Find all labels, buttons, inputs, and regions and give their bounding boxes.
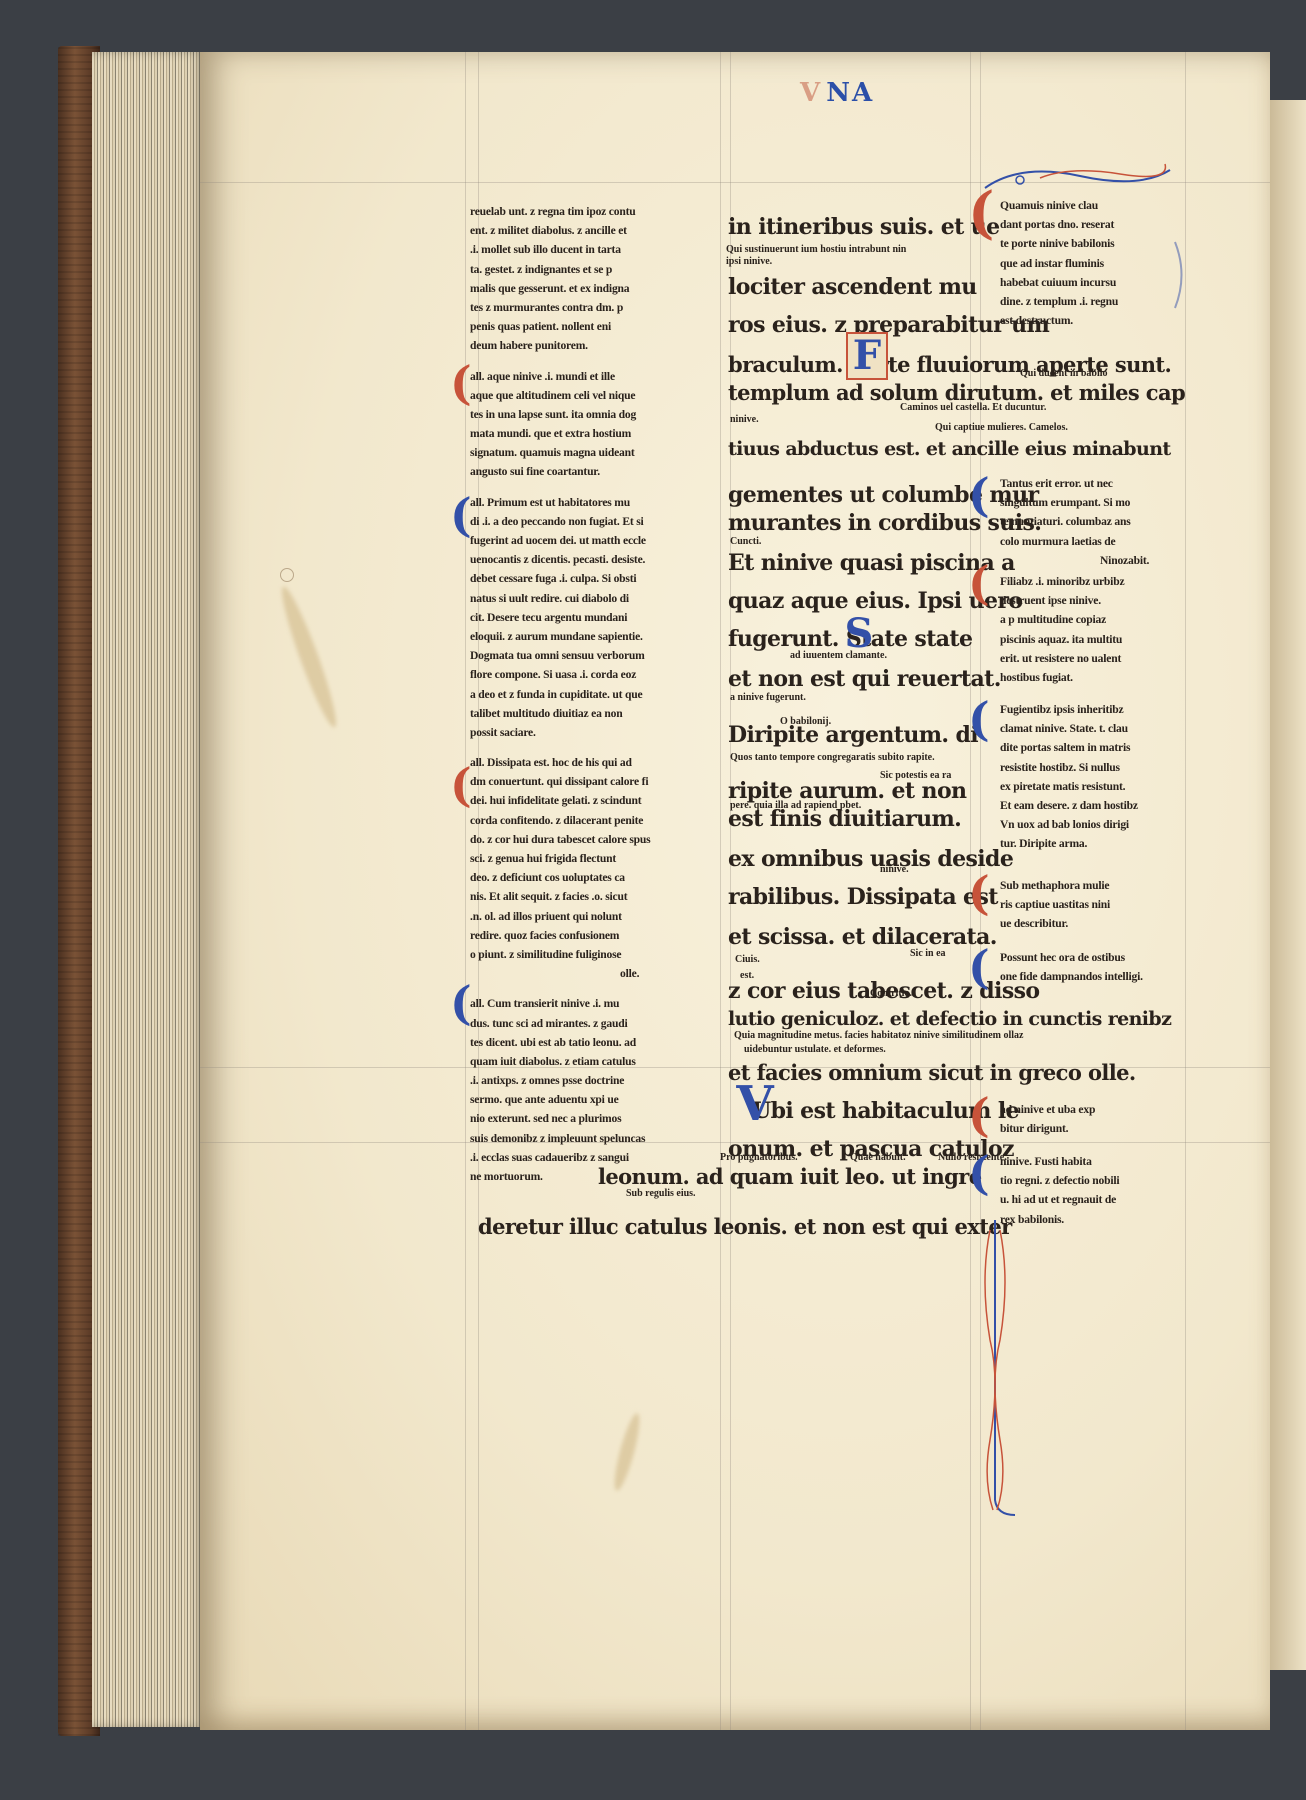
gloss-line: nis. Et alit sequit. z facies .o. sicut (470, 887, 651, 906)
gloss-line: dite portas saltem in matris (1000, 738, 1138, 757)
gloss-line: bitur dirigunt. (1000, 1119, 1095, 1138)
interlinear-gloss: Qui captiue mulieres. Camelos. (935, 422, 1068, 434)
interlinear-gloss: Caminos uel castella. Et ducuntur. (900, 402, 1046, 414)
gloss-line: destruent ipse ninive. (1000, 591, 1124, 610)
decorated-initial-V: V (736, 1082, 774, 1126)
gloss-line: suis demonibz z impleuunt speluncas (470, 1129, 651, 1148)
parchment-stain (610, 1412, 644, 1493)
gloss-line: angusto sui fine coartantur. (470, 462, 651, 481)
gloss-line: Sub methaphora mulie (1000, 876, 1110, 895)
text-line: et facies omnium sicut in greco olle. (728, 1054, 1136, 1092)
gloss-line: Filiabz .i. minoribz urbibz (1000, 572, 1124, 591)
paragraph-mark: ( (968, 472, 990, 518)
gloss-line: olle. (470, 964, 651, 983)
gloss-line: .i. mollet sub illo ducent in tarta (470, 240, 651, 259)
gloss-line: deum habere punitorem. (470, 336, 651, 355)
gloss-line: tes in una lapse sunt. ita omnia dog (470, 405, 651, 424)
interlinear-gloss: est. (740, 970, 754, 982)
gloss-line: all. aque ninive .i. mundi et ille (470, 367, 651, 386)
text-line: tiuus abductus est. et ancille eius mina… (728, 430, 1171, 468)
ruling-line (720, 52, 721, 1730)
gloss-line: Tantus erit error. ut nec (1000, 474, 1149, 493)
pen-flourish-vertical (975, 1220, 1015, 1520)
interlinear-gloss: ninive. (880, 864, 909, 876)
gloss-line: te porte ninive babilonis (1000, 234, 1118, 253)
gloss-line: resistite hostibz. Si nullus (1000, 758, 1138, 777)
gloss-line: all. Cum transierit ninive .i. mu (470, 994, 651, 1013)
gloss-block: Quamuis ninive clau dant portas dno. res… (1000, 196, 1118, 330)
paragraph-mark: ( (968, 696, 990, 742)
gloss-line: one fide dampnandos intelligi. (1000, 967, 1143, 986)
gloss-line: talibet multitudo diuitiaz ea non (470, 704, 651, 723)
gloss-line: tio regni. z defectio nobili (1000, 1171, 1119, 1190)
gloss-line: hostibus fugiat. (1000, 668, 1124, 687)
gloss-line: o piunt. z similitudine fuliginose (470, 945, 651, 964)
paragraph-mark: ( (968, 944, 990, 990)
gloss-line: Possunt hec ora de ostibus (1000, 948, 1143, 967)
gloss-line: a p multitudine copiaz (1000, 610, 1124, 629)
gloss-line: Ninozabit. (1000, 551, 1149, 570)
gloss-line: ent. z militet diabolus. z ancille et (470, 221, 651, 240)
interlinear-gloss: ipsi ninive. (726, 256, 772, 268)
paragraph-mark: ( (968, 560, 990, 606)
paragraph-mark: ( (450, 360, 472, 406)
gloss-block: Possunt hec ora de ostibus one fide damp… (1000, 948, 1143, 986)
gloss-line: habebat cuiuum incursu (1000, 273, 1118, 292)
gloss-line: ninive. Fusti habita (1000, 1152, 1119, 1171)
gloss-block-2: all. aque ninive .i. mundi et ille aque … (470, 367, 651, 482)
interlinear-gloss: ninive. (730, 414, 759, 426)
interlinear-gloss: Cuncti. (730, 536, 761, 548)
interlinear-gloss: Quae habuit. (850, 1152, 906, 1164)
gloss-line: .i. antixps. z omnes psse doctrine (470, 1071, 651, 1090)
interlinear-gloss: a ninive fugerunt. (730, 692, 806, 704)
gloss-line: ue describitur. (1000, 914, 1110, 933)
gloss-line: quam iuit diabolus. z etiam catulus (470, 1052, 651, 1071)
decorated-initial-F: F (846, 332, 888, 380)
running-head: VNA (800, 78, 874, 108)
interlinear-gloss: Sic potestis ea ra (880, 770, 951, 782)
gloss-line: eloquii. z aurum mundane sapientie. (470, 627, 651, 646)
text-line: deretur illuc catulus leonis. et non est… (478, 1208, 1012, 1246)
gloss-line: uenocantis z dicentis. pecasti. desiste. (470, 550, 651, 569)
gloss-line: dine. z templum .i. regnu (1000, 292, 1118, 311)
parchment-hole (280, 568, 294, 582)
pen-flourish-left-margin (1160, 240, 1190, 310)
gloss-line: do. z cor hui dura tabescet calore spus (470, 830, 651, 849)
gloss-block-1: reuelab unt. z regna tim ipoz contu ent.… (470, 202, 651, 356)
paragraph-mark: ( (968, 1092, 990, 1138)
decorated-initial-S: S (840, 612, 878, 656)
gloss-line: tes z murmurantes contra dm. p (470, 298, 651, 317)
interlinear-gloss: O babilonij. (780, 716, 831, 728)
gloss-line: dm conuertunt. qui dissipant calore fi (470, 772, 651, 791)
gloss-line: Fugientibz ipsis inheritibz (1000, 700, 1138, 719)
gloss-line: sermo. que ante aduentu xpi ue (470, 1090, 651, 1109)
gloss-block-3: all. Primum est ut habitatores mu di .i.… (470, 493, 651, 742)
interlinear-gloss: Sub regulis eius. (626, 1188, 696, 1200)
gloss-line: reuelab unt. z regna tim ipoz contu (470, 202, 651, 221)
gloss-line: corda confitendo. z dilacerant penite (470, 811, 651, 830)
gloss-line: ex piretate matis resistunt. (1000, 777, 1138, 796)
gloss-line: Quamuis ninive clau (1000, 196, 1118, 215)
gloss-line: natus si uult redire. cui diabolo di (470, 589, 651, 608)
gloss-line: signatum. quamuis magna uideant (470, 443, 651, 462)
interlinear-gloss: uidebuntur ustulate. et deformes. (744, 1044, 886, 1056)
gloss-line: clamat ninive. State. t. clau (1000, 719, 1138, 738)
gloss-line: possit saciare. (470, 723, 651, 742)
gloss-block: Fugientibz ipsis inheritibz clamat niniv… (1000, 700, 1138, 854)
gloss-block: Sub methaphora mulie ris captiue uastita… (1000, 876, 1110, 934)
gloss-line: dant portas dno. reserat (1000, 215, 1118, 234)
gloss-line: sci. z genua hui frigida flectunt (470, 849, 651, 868)
paragraph-mark: ( (450, 762, 472, 808)
ruling-line (465, 52, 466, 1730)
gloss-line: all. Dissipata est. hoc de his qui ad (470, 753, 651, 772)
gloss-line: deo. z deficiunt cos uoluptates ca (470, 868, 651, 887)
left-gloss-column: reuelab unt. z regna tim ipoz contu ent.… (470, 202, 651, 1186)
gloss-line: fugerint ad uocem dei. ut matth eccle (470, 531, 651, 550)
gloss-line: .n. ol. ad illos priuent qui nolunt (470, 907, 651, 926)
facing-page-edge (1268, 100, 1306, 1670)
gloss-line: cit. Desere tecu argentu mundani (470, 608, 651, 627)
interlinear-gloss: Contritio. (870, 988, 912, 1000)
gloss-block: ninive. Fusti habita tio regni. z defect… (1000, 1152, 1119, 1229)
gloss-line: flore compone. Si uasa .i. corda eoz (470, 665, 651, 684)
gloss-line: ris captiue uastitas nini (1000, 895, 1110, 914)
text-line: murantes in cordibus suis. (728, 504, 1041, 542)
gloss-line: Vn uox ad bab lonios dirigi (1000, 815, 1138, 834)
gloss-line: tur. Diripite arma. (1000, 834, 1138, 853)
gloss-line: Dogmata tua omni sensuu verborum (470, 646, 651, 665)
gloss-line: est destructum. (1000, 311, 1118, 330)
gloss-line: u. hi ad ut et regnauit de (1000, 1190, 1119, 1209)
gloss-block: Tantus erit error. ut nec singultum erum… (1000, 474, 1149, 570)
gloss-line: tes dicent. ubi est ab tatio leonu. ad (470, 1033, 651, 1052)
text-line: rabilibus. Dissipata est (728, 878, 998, 916)
interlinear-gloss: pere. quia illa ad rapiend pbet. (730, 800, 861, 812)
gloss-line: nio exterunt. sed nec a plurimos (470, 1109, 651, 1128)
gloss-block: Filiabz .i. minoribz urbibz destruent ip… (1000, 572, 1124, 687)
gloss-line: a deo et z funda in cupiditate. ut que (470, 685, 651, 704)
text-line: et scissa. et dilacerata. (728, 918, 997, 956)
text-line: lociter ascendent mu (728, 268, 977, 306)
paragraph-mark: ( (968, 1150, 990, 1196)
interlinear-gloss: Ciuis. (735, 954, 760, 966)
gloss-line: di .i. a deo peccando non fugiat. Et si (470, 512, 651, 531)
interlinear-gloss: Quia magnitudine metus. facies habitatoz… (734, 1030, 1023, 1042)
gloss-line: mata mundi. que et extra hostium (470, 424, 651, 443)
gloss-line: que ad instar fluminis (1000, 254, 1118, 273)
parchment-stain (275, 583, 343, 730)
gloss-line: Et eam desere. z dam hostibz (1000, 796, 1138, 815)
gloss-line: colo murmura laetias de (1000, 532, 1149, 551)
running-head-prefix: V (800, 78, 822, 108)
interlinear-gloss: Qui sustinuerunt ium hostiu intrabunt ni… (726, 244, 906, 256)
gloss-line: singultum erumpant. Si mo (1000, 493, 1149, 512)
gloss-block: ad ninive et uba exp bitur dirigunt. (1000, 1100, 1095, 1138)
running-head-label: NA (826, 78, 874, 108)
gloss-line: rex babilonis. (1000, 1210, 1119, 1229)
gloss-line: te nuntiaturi. columbaz ans (1000, 512, 1149, 531)
gloss-line: all. Primum est ut habitatores mu (470, 493, 651, 512)
paragraph-mark: ( (968, 870, 990, 916)
interlinear-gloss: Pro pugnatoribus. (720, 1152, 798, 1164)
text-line: Diripite argentum. di (728, 716, 978, 754)
text-line: in itineribus suis. et ue (728, 208, 1000, 246)
gloss-line: redire. quoz facies confusionem (470, 926, 651, 945)
gloss-line: erit. ut resistere no ualent (1000, 649, 1124, 668)
gloss-line: malis que gesserunt. et ex indigna (470, 279, 651, 298)
gloss-block-4: all. Dissipata est. hoc de his qui ad dm… (470, 753, 651, 983)
gloss-line: debet cessare fuga .i. culpa. Si obsti (470, 569, 651, 588)
gloss-line: penis quas patient. nollent eni (470, 317, 651, 336)
paragraph-mark: ( (450, 980, 472, 1026)
paragraph-mark: ( (450, 492, 472, 538)
interlinear-gloss: Sic in ea (910, 948, 946, 960)
interlinear-gloss: Qui ducent in babilo (1020, 368, 1108, 380)
gloss-line: dei. hui infidelitate gelati. z scindunt (470, 791, 651, 810)
pen-flourish-top (980, 158, 1180, 198)
gloss-line: ta. gestet. z indignantes et se p (470, 260, 651, 279)
gloss-line: piscinis aquaz. ita multitu (1000, 630, 1124, 649)
gloss-line: ad ninive et uba exp (1000, 1100, 1095, 1119)
gloss-line: aque que altitudinem celi vel nique (470, 386, 651, 405)
page-edges (92, 52, 204, 1727)
right-gloss-column: Quamuis ninive clau dant portas dno. res… (1000, 196, 1118, 330)
gloss-line: dus. tunc sci ad mirantes. z gaudi (470, 1014, 651, 1033)
interlinear-gloss: Quos tanto tempore congregaratis subito … (730, 752, 935, 764)
